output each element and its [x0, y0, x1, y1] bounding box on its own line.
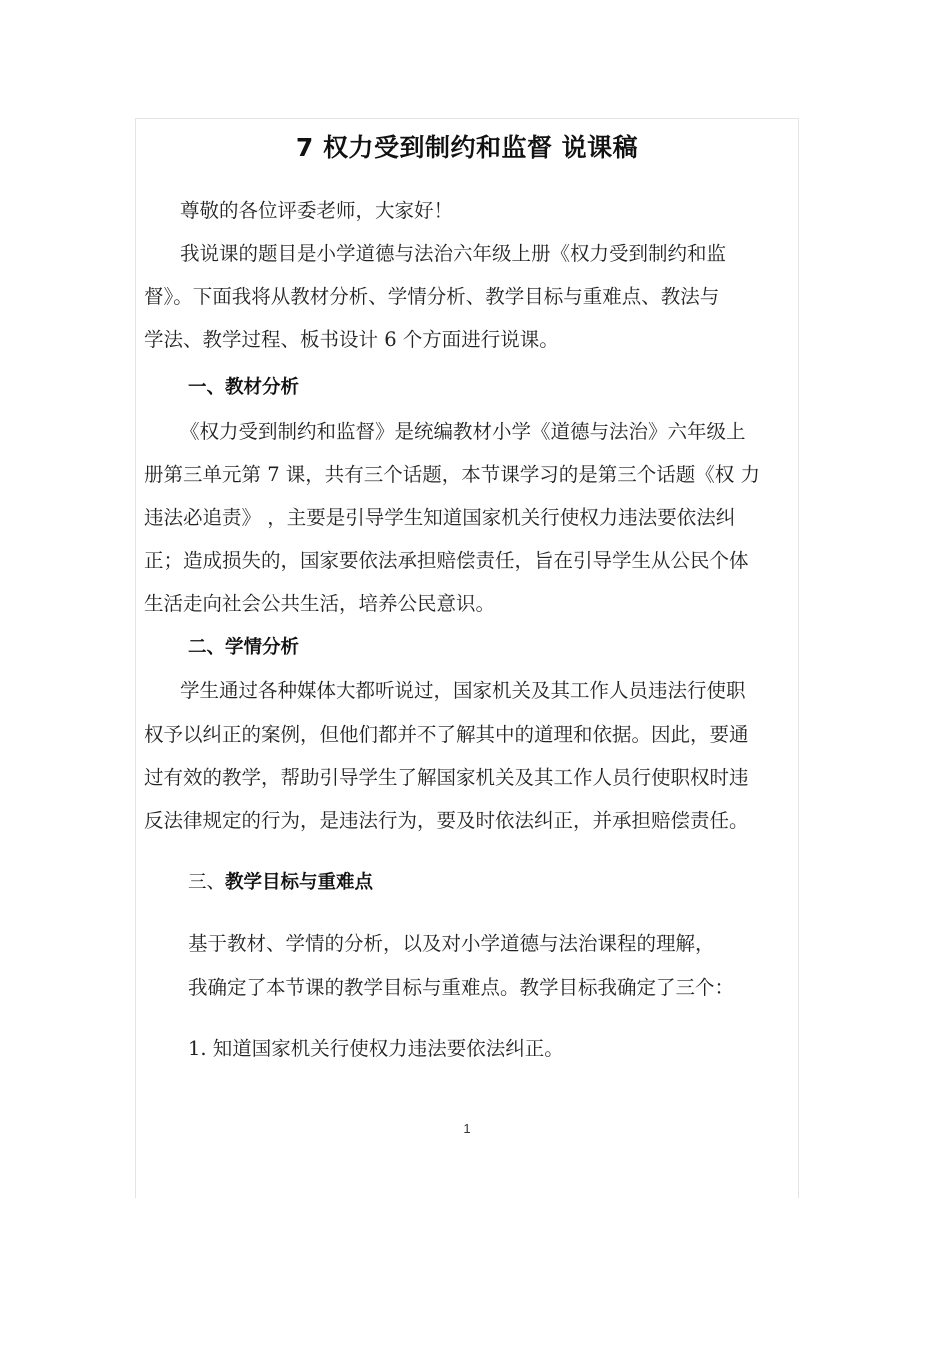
section-1-line-3: 违法必追责》 ，主要是引导学生知道国家机关行使权力违法要依法纠 [144, 506, 735, 530]
section-1-line-2: 册第三单元第 7 课，共有三个话题，本节课学习的是第三个话题《权 力 [144, 463, 760, 487]
greeting: 尊敬的各位评委老师，大家好！ [180, 199, 453, 223]
document-title: 7 权力受到制约和监督 说课稿 [136, 133, 798, 163]
section-1-line-5: 生活走向社会公共生活，培养公民意识。 [144, 592, 495, 616]
section-heading-teaching-goals: 三、教学目标与重难点 [188, 871, 373, 895]
section-2-line-2: 权予以纠正的案例，但他们都并不了解其中的道理和依据。因此，要通 [144, 723, 749, 747]
page-number: 1 [136, 1121, 798, 1136]
section-heading-textbook-analysis: 一、教材分析 [188, 376, 299, 400]
section-1-line-1: 《权力受到制约和监督》是统编教材小学《道德与法治》六年级上 [180, 420, 746, 444]
teaching-goal-1: 1. 知道国家机关行使权力违法要依法纠正。 [188, 1037, 564, 1061]
intro-line-1: 我说课的题目是小学道德与法治六年级上册《权力受到制约和监 [180, 242, 726, 266]
intro-line-2: 督》。下面我将从教材分析、学情分析、教学目标与重难点、教法与 [144, 285, 719, 309]
section-3-line-1: 基于教材、学情的分析，以及对小学道德与法治课程的理解， [188, 932, 715, 956]
section-3-number: 三、 [188, 872, 225, 893]
section-1-line-4: 正；造成损失的，国家要依法承担赔偿责任，旨在引导学生从公民个体 [144, 549, 749, 573]
document-page: 7 权力受到制约和监督 说课稿 尊敬的各位评委老师，大家好！ 我说课的题目是小学… [135, 118, 799, 1198]
section-2-line-3: 过有效的教学，帮助引导学生了解国家机关及其工作人员行使职权时违 [144, 766, 749, 790]
section-heading-student-analysis: 二、学情分析 [188, 636, 299, 660]
section-2-line-4: 反法律规定的行为，是违法行为，要及时依法纠正，并承担赔偿责任。 [144, 809, 749, 833]
intro-line-3: 学法、教学过程、板书设计 6 个方面进行说课。 [144, 328, 559, 352]
section-3-title: 教学目标与重难点 [225, 872, 373, 893]
section-3-line-2: 我确定了本节课的教学目标与重难点。教学目标我确定了三个： [188, 976, 734, 1000]
section-2-line-1: 学生通过各种媒体大都听说过，国家机关及其工作人员违法行使职 [180, 679, 746, 703]
